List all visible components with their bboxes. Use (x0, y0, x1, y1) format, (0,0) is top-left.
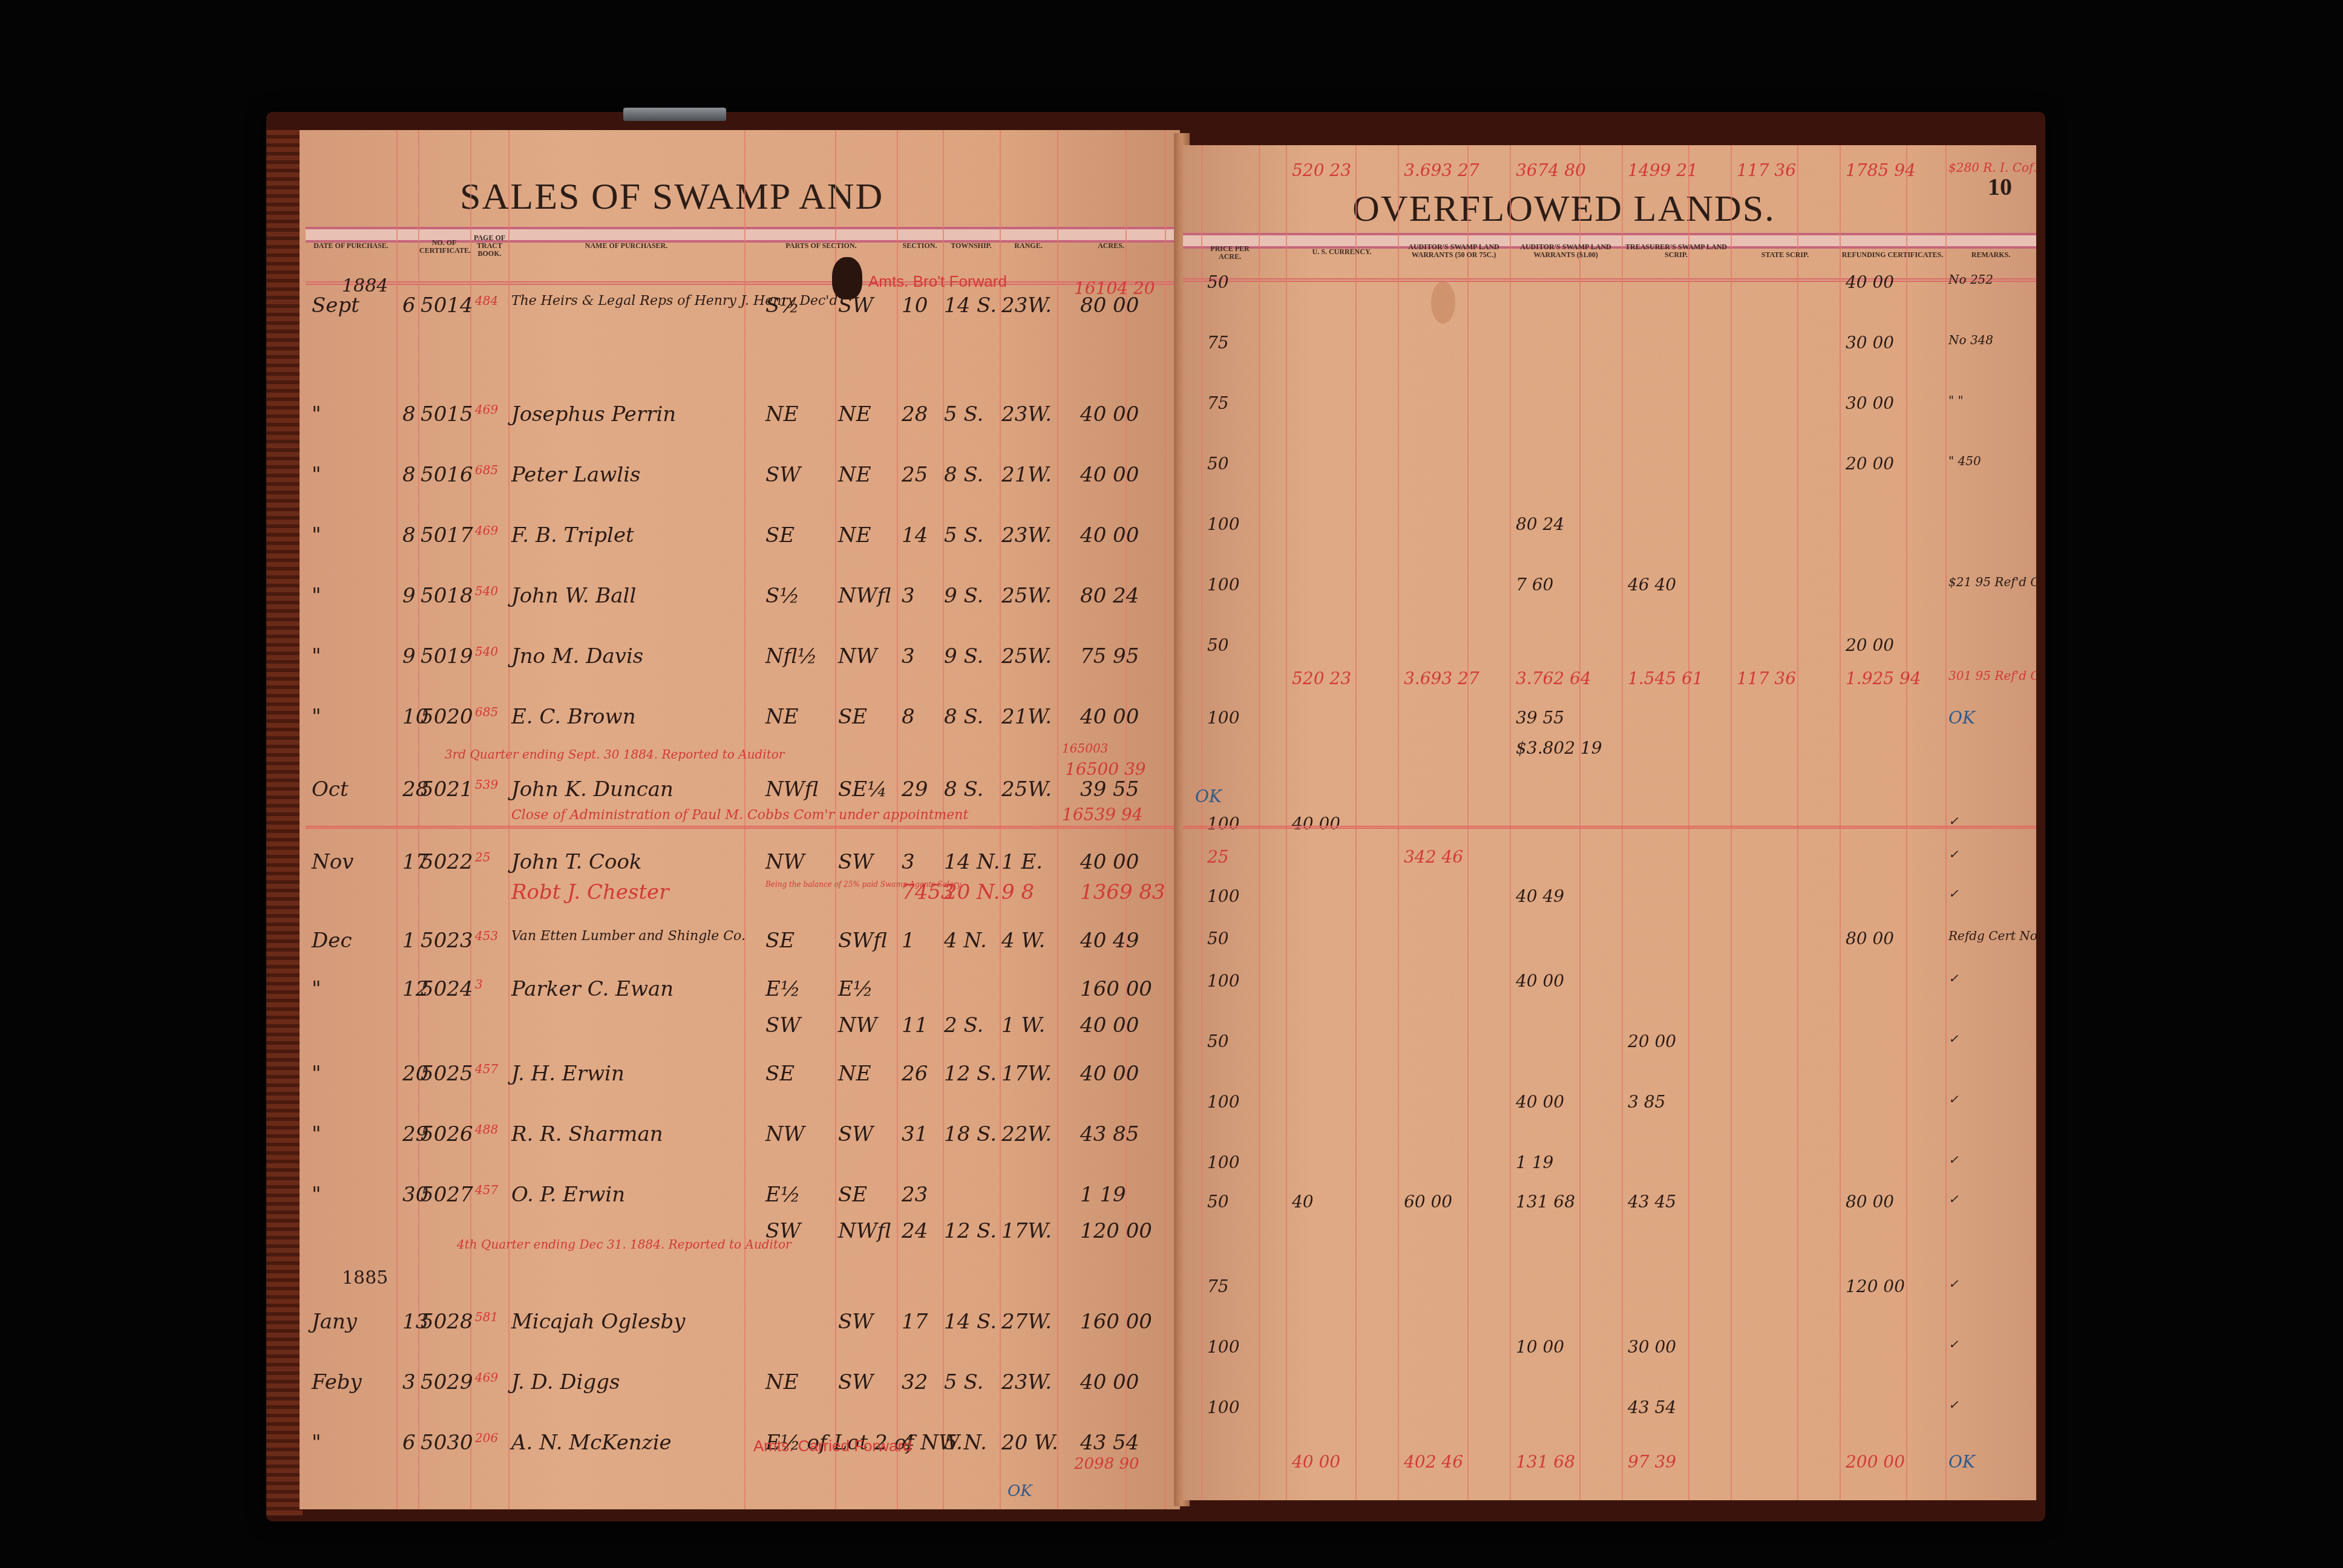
entry-part1: S½ (765, 584, 799, 608)
entry-name: F. B. Triplet (511, 523, 634, 547)
entry-page: 457 (475, 1062, 498, 1076)
payment-remarks: ✓ (1948, 1152, 1959, 1167)
entry-cert: 5020 (421, 705, 473, 729)
payment-currency: 520 23 (1292, 160, 1351, 180)
section-rule (1183, 826, 2036, 829)
payment-remarks: " 450 (1948, 454, 1981, 468)
payment-state: 117 36 (1737, 160, 1796, 180)
col-header-aud-warrants-100: Auditor's Swamp Land Warrants ($1.00) (1510, 243, 1622, 259)
entry-range: 4 W. (1001, 929, 1045, 953)
quarter3-note: 3rd Quarter ending Sept. 30 1884. Report… (445, 747, 784, 762)
entry-part2: SW (838, 1122, 873, 1146)
entry-acres: 75 95 (1080, 644, 1139, 668)
payment-price: 100 (1207, 1152, 1239, 1172)
entry-township: 5 N. (944, 1431, 987, 1455)
entry-range: 23W. (1001, 1370, 1052, 1394)
payment-price: 100 (1207, 1092, 1239, 1112)
col-header-name: Name of Purchaser. (510, 242, 743, 250)
entry-part1: SE (765, 523, 795, 547)
entry-cert: 5015 (421, 402, 473, 426)
rule (1688, 145, 1689, 1500)
entry-month: " (312, 644, 321, 668)
payment-aud100: 39 55 (1516, 708, 1564, 728)
entry-day: 3 (402, 1370, 416, 1394)
entry-range: 27W. (1001, 1310, 1052, 1334)
payment-aud100: 131 68 (1516, 1192, 1575, 1212)
payment-price: 75 (1207, 333, 1229, 353)
entry-range: 21W. (1001, 463, 1052, 487)
entry-acres: 43 85 (1080, 1122, 1139, 1146)
entry-name: R. R. Sharman (511, 1122, 663, 1146)
payment-remarks: ✓ (1948, 1192, 1959, 1206)
payment-price: 100 (1207, 971, 1239, 991)
entry-page: 685 (475, 705, 498, 719)
payment-remarks: ✓ (1948, 1337, 1959, 1351)
rule (1945, 145, 1947, 1500)
entry-month: " (312, 584, 321, 608)
entry-part2: NE (838, 402, 871, 426)
payment-refunding: 20 00 (1846, 635, 1894, 655)
payment-aud50: 3.693 27 (1404, 668, 1480, 688)
entry-acres: 160 00 (1080, 977, 1152, 1001)
entry-page: 581 (475, 1310, 498, 1324)
entry-township: 8 S. (944, 705, 983, 729)
entry-section: 28 (902, 402, 928, 426)
entry-range: 17W. (1001, 1219, 1052, 1243)
entry-day: 9 (402, 584, 416, 608)
entry-page: 206 (475, 1431, 498, 1445)
entry-month: Jany (312, 1310, 357, 1334)
entry-page: 25 (475, 850, 490, 864)
entry-range: 9 8 (1001, 880, 1034, 904)
entry-section: 31 (902, 1122, 928, 1146)
entry-range: 23W. (1001, 293, 1052, 318)
entry-range: 20 W. (1001, 1431, 1058, 1455)
entry-part1: SW (765, 463, 801, 487)
rule (1286, 145, 1287, 1500)
col-header-aud-warrants-50-75: Auditor's Swamp Land Warrants (50 or 75c… (1398, 243, 1510, 259)
entry-acres: 40 00 (1080, 1062, 1139, 1086)
entry-cert: 5021 (421, 777, 473, 802)
payment-remarks: OK (1948, 1452, 1975, 1472)
payment-aud100: 40 49 (1516, 886, 1564, 906)
payment-refunding: 200 00 (1846, 1452, 1905, 1472)
entry-part2: SW (838, 850, 873, 874)
entry-range: 23W. (1001, 402, 1052, 426)
entry-cert: 5019 (421, 644, 473, 668)
entry-range: 25W. (1001, 777, 1052, 802)
entry-township: 2 S. (944, 1013, 983, 1037)
entry-month: " (312, 977, 321, 1001)
entry-township: 18 S. (944, 1122, 997, 1146)
entry-month: Feby (312, 1370, 362, 1394)
col-header-refunding: Refunding Certificates. (1840, 251, 1945, 259)
entry-section: 25 (902, 463, 928, 487)
carried-forward-label: Amts. Carried Forward (753, 1437, 912, 1455)
payment-aud100: 40 00 (1516, 971, 1564, 991)
payment-price: 50 (1207, 1031, 1229, 1051)
entry-month: Sept (312, 293, 359, 318)
quarter3-subtotal: 165003 (1062, 741, 1108, 756)
entry-part1: NWfl (765, 777, 818, 802)
entry-name: E. C. Brown (511, 705, 636, 729)
entry-month: " (312, 463, 321, 487)
entry-day: 6 (402, 293, 416, 318)
payment-remarks: " " (1948, 393, 1964, 408)
entry-part2: SE (838, 705, 867, 729)
entry-acres: 40 00 (1080, 523, 1139, 547)
entry-part1: S½ (765, 293, 799, 318)
payment-remarks: ✓ (1948, 971, 1959, 985)
rule (1355, 145, 1357, 1500)
payment-currency: 40 00 (1292, 814, 1340, 834)
entry-part2: NWfl (838, 1219, 891, 1243)
carried-forward-acres: 2098 90 (1074, 1455, 1139, 1473)
entry-cert: 5022 (421, 850, 473, 874)
entry-section: 26 (902, 1062, 928, 1086)
entry-part2: NE (838, 1062, 871, 1086)
entry-range: 21W. (1001, 705, 1052, 729)
payment-price: 100 (1207, 708, 1239, 728)
rule (1057, 130, 1058, 1509)
entry-section: 23 (902, 1183, 928, 1207)
entry-township: 14 N. (944, 850, 1000, 874)
entry-part2: SE¼ (838, 777, 887, 802)
payment-aud100: 10 00 (1516, 1337, 1564, 1357)
entry-township: 5 S. (944, 523, 983, 547)
entry-month: " (312, 1183, 321, 1207)
page-title-right: OVERFLOWED LANDS. (1352, 188, 1775, 230)
rule (1510, 145, 1511, 1500)
payment-remarks: No 252 (1948, 272, 1993, 287)
entry-page: 540 (475, 644, 498, 659)
payment-price: 50 (1207, 272, 1229, 292)
payment-treasurer: 43 54 (1628, 1397, 1676, 1417)
entry-page: 540 (475, 584, 498, 598)
entry-part1: NW (765, 1122, 805, 1146)
entry-acres: 40 00 (1080, 402, 1139, 426)
entry-acres: 40 00 (1080, 705, 1139, 729)
payment-price: 50 (1207, 454, 1229, 474)
entry-section: 14 (902, 523, 928, 547)
payment-price: 100 (1207, 514, 1239, 534)
payment-refunding: 80 00 (1846, 1192, 1894, 1212)
entry-month: " (312, 705, 321, 729)
col-header-range: Range. (1000, 242, 1057, 250)
close-admin-total: 16539 94 (1062, 805, 1143, 825)
page-title-left: SALES OF SWAMP AND (460, 175, 883, 218)
entry-name: Van Etten Lumber and Shingle Co. (511, 929, 745, 944)
payment-aud100: 3.762 64 (1516, 668, 1591, 688)
entry-part1: NW (765, 850, 805, 874)
payment-treasurer: 43 45 (1628, 1192, 1676, 1212)
payment-treasurer: 46 40 (1628, 575, 1676, 595)
entry-section: 1 (902, 929, 915, 953)
entry-township: 8 S. (944, 777, 983, 802)
col-header-parts: Parts of Section. (745, 242, 897, 250)
entry-acres: 160 00 (1080, 1310, 1152, 1334)
quarter4-note: 4th Quarter ending Dec 31. 1884. Reporte… (457, 1237, 791, 1252)
entry-page: 453 (475, 929, 498, 943)
entry-month: Oct (312, 777, 349, 802)
entry-part2: NWfl (838, 584, 891, 608)
payment-aud50: 60 00 (1404, 1192, 1452, 1212)
entry-month: " (312, 523, 321, 547)
payment-refunding: 40 00 (1846, 272, 1894, 292)
payment-price: 100 (1207, 575, 1239, 595)
payment-remarks: ✓ (1948, 1031, 1959, 1046)
payment-refunding: 30 00 (1846, 393, 1894, 413)
entry-section: 3 (902, 584, 915, 608)
entry-acres: 1369 83 (1080, 880, 1165, 904)
close-admin-note: Close of Administration of Paul M. Cobbs… (511, 808, 968, 823)
payment-remarks: ✓ (1948, 1092, 1959, 1106)
right-page: OVERFLOWED LANDS. 10 Price Per Acre. U. … (1183, 145, 2036, 1500)
entry-section: 32 (902, 1370, 928, 1394)
entry-name: Micajah Oglesby (511, 1310, 686, 1334)
payment-treasurer: 1.545 61 (1628, 668, 1703, 688)
entry-cert: 5023 (421, 929, 473, 953)
entry-township: 20 N. (944, 880, 1000, 904)
rule (1259, 145, 1260, 1500)
payment-aud50: 402 46 (1404, 1452, 1463, 1472)
col-header-remarks: Remarks. (1945, 251, 2036, 259)
entry-cert: 5026 (421, 1122, 473, 1146)
header-rule (306, 281, 1180, 285)
rule (1000, 130, 1001, 1509)
entry-acres: 40 00 (1080, 1013, 1139, 1037)
entry-page: 685 (475, 463, 498, 477)
payment-treasurer: 97 39 (1628, 1452, 1676, 1472)
payment-aud100: 1 19 (1516, 1152, 1553, 1172)
entry-cert: 5017 (421, 523, 473, 547)
payment-treasurer: 20 00 (1628, 1031, 1676, 1051)
header-rule (1183, 278, 2036, 282)
payment-price: 75 (1207, 1276, 1229, 1296)
entry-part1: E½ (765, 977, 801, 1001)
entry-cert: 5030 (421, 1431, 473, 1455)
payment-price: 25 (1207, 847, 1229, 867)
entry-cert: 5029 (421, 1370, 473, 1394)
rule (470, 130, 471, 1509)
col-header-cert: No. of Certificate. (419, 239, 469, 255)
entry-section: 3 (902, 644, 915, 668)
entry-township: 12 S. (944, 1062, 997, 1086)
payment-refunding: 120 00 (1846, 1276, 1905, 1296)
entry-range: 22W. (1001, 1122, 1052, 1146)
rule (396, 130, 398, 1509)
entry-page: 484 (475, 293, 498, 308)
col-header-treasurer-scrip: Treasurer's Swamp Land Scrip. (1622, 243, 1731, 259)
entry-month: " (312, 1062, 321, 1086)
col-header-section: Section. (897, 242, 943, 250)
payment-remarks: $21 95 Ref'd Cof (1948, 575, 2036, 589)
col-header-us-currency: U. S. Currency. (1286, 248, 1398, 256)
entry-acres: 40 00 (1080, 850, 1139, 874)
entry-part1: SE (765, 929, 795, 953)
rule (1731, 145, 1732, 1500)
rule (1840, 145, 1841, 1500)
payment-remarks: 301 95 Ref'd Cof (1948, 668, 2036, 683)
entry-cert: 5027 (421, 1183, 473, 1207)
entry-part1: SE (765, 1062, 795, 1086)
payment-remarks: Refdg Cert No 426 May 21. 1884 (1948, 929, 2036, 943)
payment-aud100: 3674 80 (1516, 160, 1586, 180)
left-page: SALES OF SWAMP AND Date of Purchase. No.… (300, 130, 1180, 1509)
payment-aud100: 80 24 (1516, 514, 1564, 534)
payment-aud100: 40 00 (1516, 1092, 1564, 1112)
page-number: 10 (1988, 172, 2012, 201)
entry-section: 3 (902, 850, 915, 874)
payment-remarks: ✓ (1948, 886, 1959, 901)
entry-township: 14 S. (944, 293, 997, 318)
entry-range: 17W. (1001, 1062, 1052, 1086)
entry-acres: 1 19 (1080, 1183, 1126, 1207)
entry-cert: 5028 (421, 1310, 473, 1334)
payment-price: 100 (1207, 1397, 1239, 1417)
entry-page: 3 (475, 977, 483, 991)
entry-part2: SW (838, 293, 873, 318)
rule (1797, 145, 1798, 1500)
col-header-state-scrip: State Scrip. (1731, 251, 1840, 259)
payment-currency: 520 23 (1292, 668, 1351, 688)
payment-price: 50 (1207, 635, 1229, 655)
entry-cert: 5014 (421, 293, 473, 318)
rule (1579, 145, 1581, 1500)
payment-aud100: $3.802 19 (1516, 738, 1602, 758)
brought-forward-label: Amts. Bro't Forward (868, 272, 1007, 291)
entry-day: 9 (402, 644, 416, 668)
payment-price: 50 (1207, 929, 1229, 949)
entry-range: 1 W. (1001, 1013, 1045, 1037)
entry-range: 23W. (1001, 523, 1052, 547)
payment-aud100: 131 68 (1516, 1452, 1575, 1472)
ok-mark: OK (1195, 786, 1222, 806)
metal-clasp (623, 108, 726, 121)
entry-range: 1 E. (1001, 850, 1043, 874)
rule (508, 130, 510, 1509)
rule (1165, 130, 1166, 1509)
payment-aud50: 3.693 27 (1404, 160, 1480, 180)
payment-remarks: ✓ (1948, 1276, 1959, 1291)
rule (1398, 145, 1399, 1500)
quarter3-total: 16500 39 (1065, 759, 1146, 779)
entry-acres: 40 49 (1080, 929, 1139, 953)
entry-day: 6 (402, 1431, 416, 1455)
col-header-acres: Acres. (1057, 242, 1165, 250)
entry-part2: SW (838, 1310, 873, 1334)
entry-part2: NW (838, 1013, 877, 1037)
entry-township: 5 S. (944, 1370, 983, 1394)
entry-part2: SWfl (838, 929, 887, 953)
entry-section: 10 (902, 293, 928, 318)
payment-treasurer: 3 85 (1628, 1092, 1665, 1112)
payment-refunding: 1785 94 (1846, 160, 1916, 180)
entry-section: 29 (902, 777, 928, 802)
entry-part1: NE (765, 1370, 799, 1394)
rule (1467, 145, 1469, 1500)
entry-cert: 5025 (421, 1062, 473, 1086)
entry-month: " (312, 402, 321, 426)
payment-state: 117 36 (1737, 668, 1796, 688)
payment-currency: 40 (1292, 1192, 1314, 1212)
entry-acres: 120 00 (1080, 1219, 1152, 1243)
payment-remarks: $280 R. I. Cof. (1948, 160, 2036, 175)
ok-mark: OK (1008, 1482, 1032, 1500)
entry-part2: SW (838, 1370, 873, 1394)
entry-range: 25W. (1001, 644, 1052, 668)
entry-month: " (312, 1122, 321, 1146)
entry-cert: 5024 (421, 977, 473, 1001)
payment-price: 75 (1207, 393, 1229, 413)
rule (1201, 145, 1202, 1500)
payment-price: 100 (1207, 886, 1239, 906)
entry-name: J. D. Diggs (511, 1370, 620, 1394)
entry-acres: 40 00 (1080, 463, 1139, 487)
entry-part1: E½ (765, 1183, 801, 1207)
entry-section: 24 (902, 1219, 928, 1243)
entry-page: 488 (475, 1122, 498, 1137)
entry-page: 469 (475, 1370, 498, 1385)
entry-name: John W. Ball (511, 584, 636, 608)
entry-month: Dec (312, 929, 352, 953)
entry-page: 539 (475, 777, 498, 792)
rule (1622, 145, 1623, 1500)
entry-acres: 39 55 (1080, 777, 1139, 802)
entry-day: 8 (402, 523, 416, 547)
payment-refunding: 30 00 (1846, 333, 1894, 353)
entry-name: Peter Lawlis (511, 463, 640, 487)
entry-section: 17 (902, 1310, 928, 1334)
entry-name: J. H. Erwin (511, 1062, 624, 1086)
entry-part2: NE (838, 523, 871, 547)
payment-price: 50 (1207, 1192, 1229, 1212)
entry-township: 9 S. (944, 644, 983, 668)
entry-day: 1 (402, 929, 416, 953)
entry-acres: 80 00 (1080, 293, 1139, 318)
entry-name: A. N. McKenzie (511, 1431, 672, 1455)
entry-name: Josephus Perrin (511, 402, 676, 426)
entry-name: Jno M. Davis (511, 644, 643, 668)
entry-name: Robt J. Chester (511, 880, 669, 904)
payment-refunding: 1.925 94 (1846, 668, 1921, 688)
entry-section: 11 (902, 1013, 928, 1037)
entry-acres: 40 00 (1080, 1370, 1139, 1394)
entry-month: " (312, 1431, 321, 1455)
col-header-township: Township. (943, 242, 1000, 250)
entry-page: 469 (475, 523, 498, 538)
col-header-price: Price Per Acre. (1201, 245, 1259, 261)
entry-page: 469 (475, 402, 498, 417)
entry-name: O. P. Erwin (511, 1183, 625, 1207)
year-label-1885: 1885 (342, 1267, 388, 1289)
rule (418, 130, 419, 1509)
entry-township: 8 S. (944, 463, 983, 487)
payment-price: 100 (1207, 814, 1239, 834)
entry-cert: 5018 (421, 584, 473, 608)
payment-aud100: 7 60 (1516, 575, 1553, 595)
payment-refunding: 20 00 (1846, 454, 1894, 474)
entry-part1: NE (765, 705, 799, 729)
entry-part1: Nfl½ (765, 644, 817, 668)
entry-name: Parker C. Ewan (511, 977, 673, 1001)
payment-remarks: ✓ (1948, 1397, 1959, 1412)
payment-treasurer: 30 00 (1628, 1337, 1676, 1357)
entry-township: 12 S. (944, 1219, 997, 1243)
rule (1906, 145, 1907, 1500)
col-header-date: Date of Purchase. (307, 242, 395, 250)
payment-refunding: 80 00 (1846, 929, 1894, 949)
